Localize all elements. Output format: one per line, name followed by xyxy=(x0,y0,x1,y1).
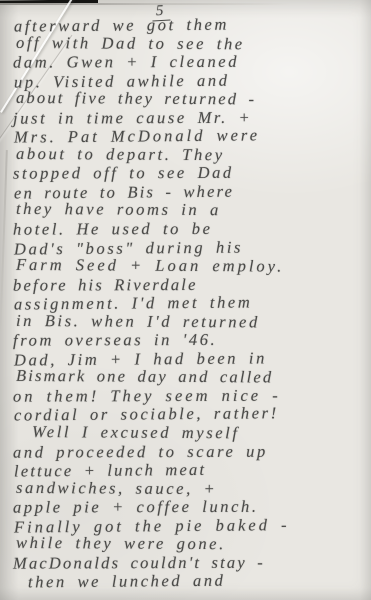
handwriting-line: dam. Gwen + I cleaned xyxy=(13,52,371,72)
handwriting-line: then we lunched and xyxy=(14,571,371,593)
handwritten-page: 5 afterward we got themoff with Dad to s… xyxy=(0,0,371,600)
left-edge-crease xyxy=(0,150,8,370)
handwriting-line: stopped off to see Dad xyxy=(13,164,371,184)
handwriting-line: hotel. He used to be xyxy=(13,219,371,239)
handwriting-line: from overseas in '46. xyxy=(13,331,371,351)
handwriting-line: Well I excused myself xyxy=(16,423,371,444)
handwriting-line: Farm Seed + Loan employ. xyxy=(16,256,371,277)
handwriting-line: Bismark one day and called xyxy=(16,367,371,388)
paper-top-shadow xyxy=(0,3,371,5)
handwriting-line: apple pie + coffee lunch. xyxy=(13,498,371,518)
handwriting-line: while they were gone. xyxy=(16,534,371,555)
handwriting-lines: afterward we got themoff with Dad to see… xyxy=(13,16,371,591)
handwriting-line: and proceeded to scare up xyxy=(13,442,371,462)
handwriting-line: about five they returned - xyxy=(16,89,371,110)
handwriting-line: before his Riverdale xyxy=(13,275,371,295)
